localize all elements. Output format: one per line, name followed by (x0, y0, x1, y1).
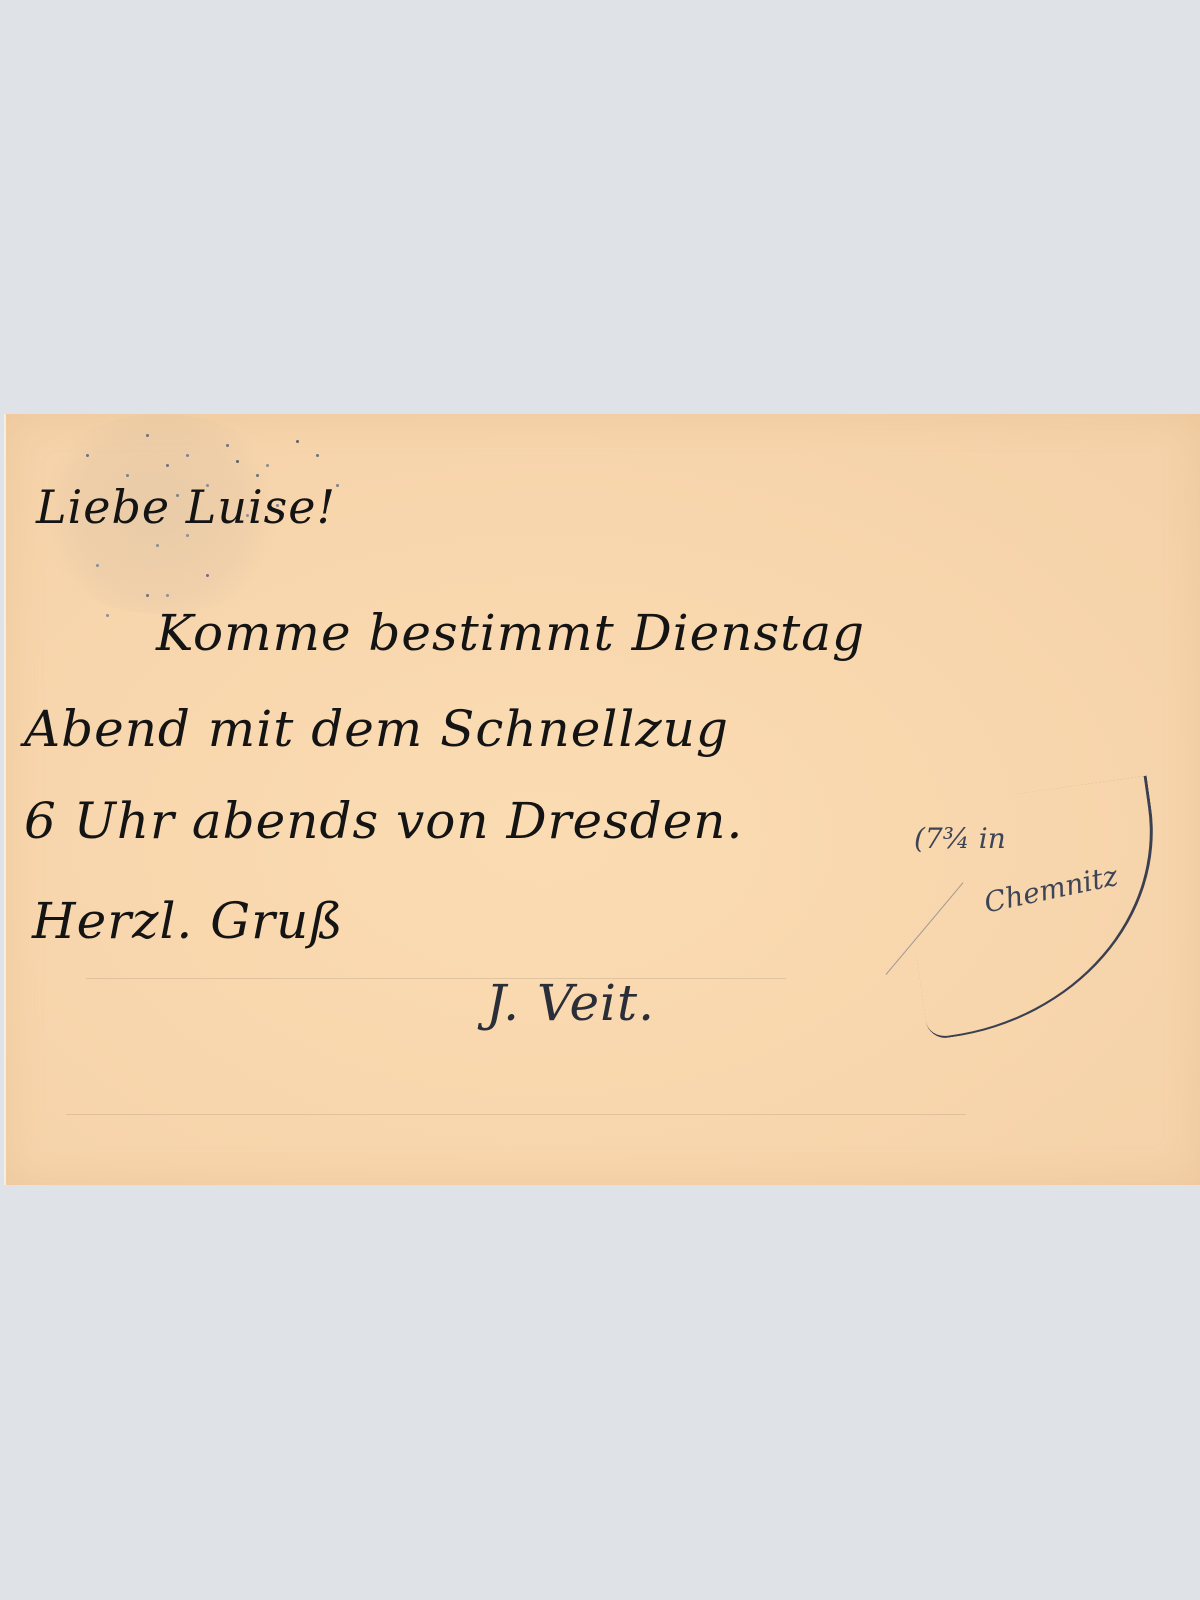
faint-print-line (86, 978, 786, 979)
pencil-annotation: (7¾ in Chemnitz (914, 810, 1120, 926)
faint-print-line (66, 1114, 966, 1115)
closing-greeting: Herzl. Gruß (32, 892, 344, 950)
signature: J. Veit. (486, 974, 655, 1032)
body-line-2: Abend mit dem Schnellzug (24, 700, 729, 758)
postcard: Liebe Luise! Komme bestimmt Dienstag Abe… (4, 414, 1200, 1185)
body-line-1: Komme bestimmt Dienstag (156, 604, 865, 662)
body-line-3: 6 Uhr abends von Dresden. (24, 792, 743, 850)
salutation: Liebe Luise! (36, 480, 336, 534)
